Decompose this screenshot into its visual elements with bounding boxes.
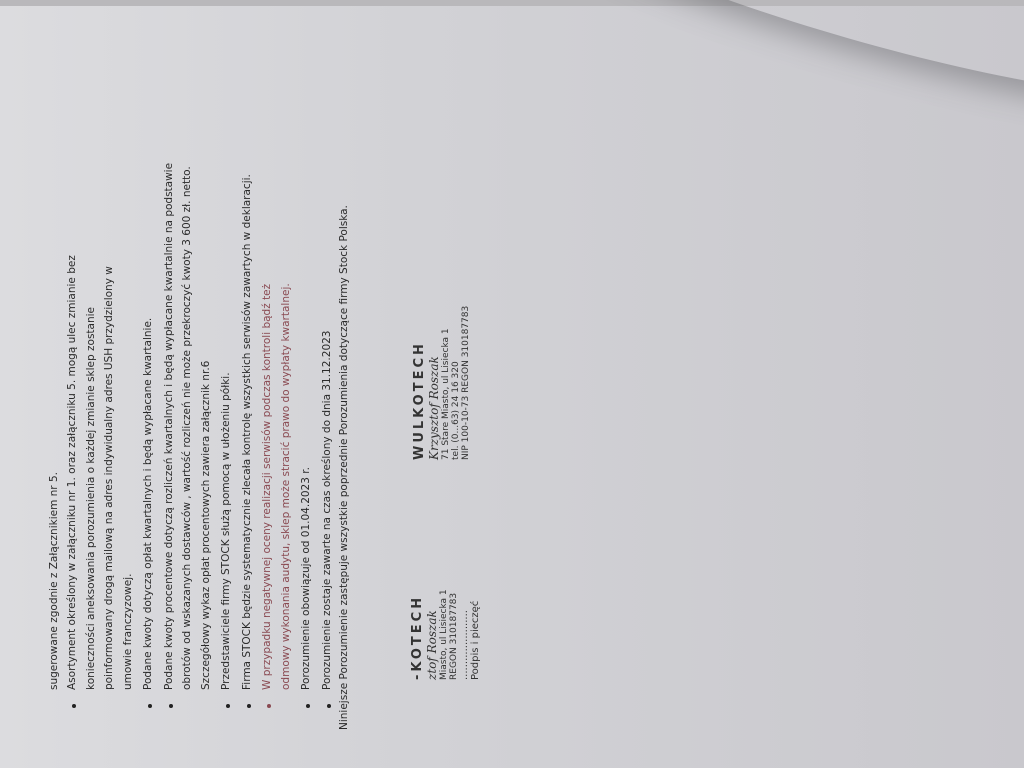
bullet-line: Firma STOCK będzie systematycznie zlecał… [241,174,253,690]
bullet-dot [306,704,310,708]
intro-line: sugerowane zgodnie z Załącznikiem nr 5. [48,472,60,690]
stamp-right-person: Krzysztof Roszak [427,306,441,460]
stamp-right-phone: tel. (0...63) 24 16 320 [451,306,461,460]
document-page: sugerowane zgodnie z Załącznikiem nr 5. … [40,50,500,690]
bullet-line: Podane kwoty procentowe dotyczą rozlicze… [163,163,175,690]
bullet-line: obrotów od wskazanych dostawców , wartoś… [181,166,193,690]
stamp-left-name: -KOTECH [410,589,425,680]
stamp-left-address: Miasto, ul Lisiecka 1 [439,589,449,680]
bullet-dot [226,704,230,708]
stamp-right-ids: NIP 100-10-73 REGON 310187783 [461,306,471,460]
stamp-right-name: WULKOTECH [412,306,427,460]
bullet-dot [247,704,251,708]
bullet-line: Szczegółowy wykaz opłat procentowych zaw… [200,361,212,690]
bullet-line: W przypadku negatywnej oceny realizacji … [261,284,273,690]
closing-line: Niniejsze Porozumienie zastępuje wszystk… [338,205,350,730]
bullet-dot [148,704,152,708]
bullet-line: Porozumienie obowiązuje od 01.04.2023 r. [300,467,312,690]
bullet-dot [72,704,76,708]
stamp-left-ids: REGON 310187783 [449,589,459,680]
signature-label: Podpis i pieczęć [470,601,481,680]
bullet-line: Asortyment określony w załączniku nr 1. … [66,255,78,690]
bullet-dot [169,704,173,708]
bullet-line: konieczności aneksowania porozumienia o … [85,307,97,690]
bullet-line: poinformowany drogą mailową na adres ind… [103,266,115,690]
bullet-line: odmowy wykonania audytu, sklep może stra… [280,283,292,690]
bullet-dot [267,704,271,708]
stamp-left-person: ztof Roszak [425,589,439,680]
bullet-line: Przedstawiciele firmy STOCK służą pomocą… [220,372,232,690]
signature-dots: ...................... [459,610,470,680]
bullet-line: umowie franczyzowej. [122,574,134,690]
stamp-right: WULKOTECH Krzysztof Roszak 71 Stare Mias… [412,306,471,460]
stamp-left: -KOTECH ztof Roszak Miasto, ul Lisiecka … [410,589,481,680]
bullet-line: Porozumienie zostaje zawarte na czas okr… [321,331,333,690]
paper-fold-shadow [561,0,1024,121]
bullet-dot [327,704,331,708]
bullet-line: Podane kwoty dotyczą opłat kwartalnych i… [142,318,154,690]
stamp-right-address: 71 Stare Miasto, ul Lisiecka 1 [441,306,451,460]
